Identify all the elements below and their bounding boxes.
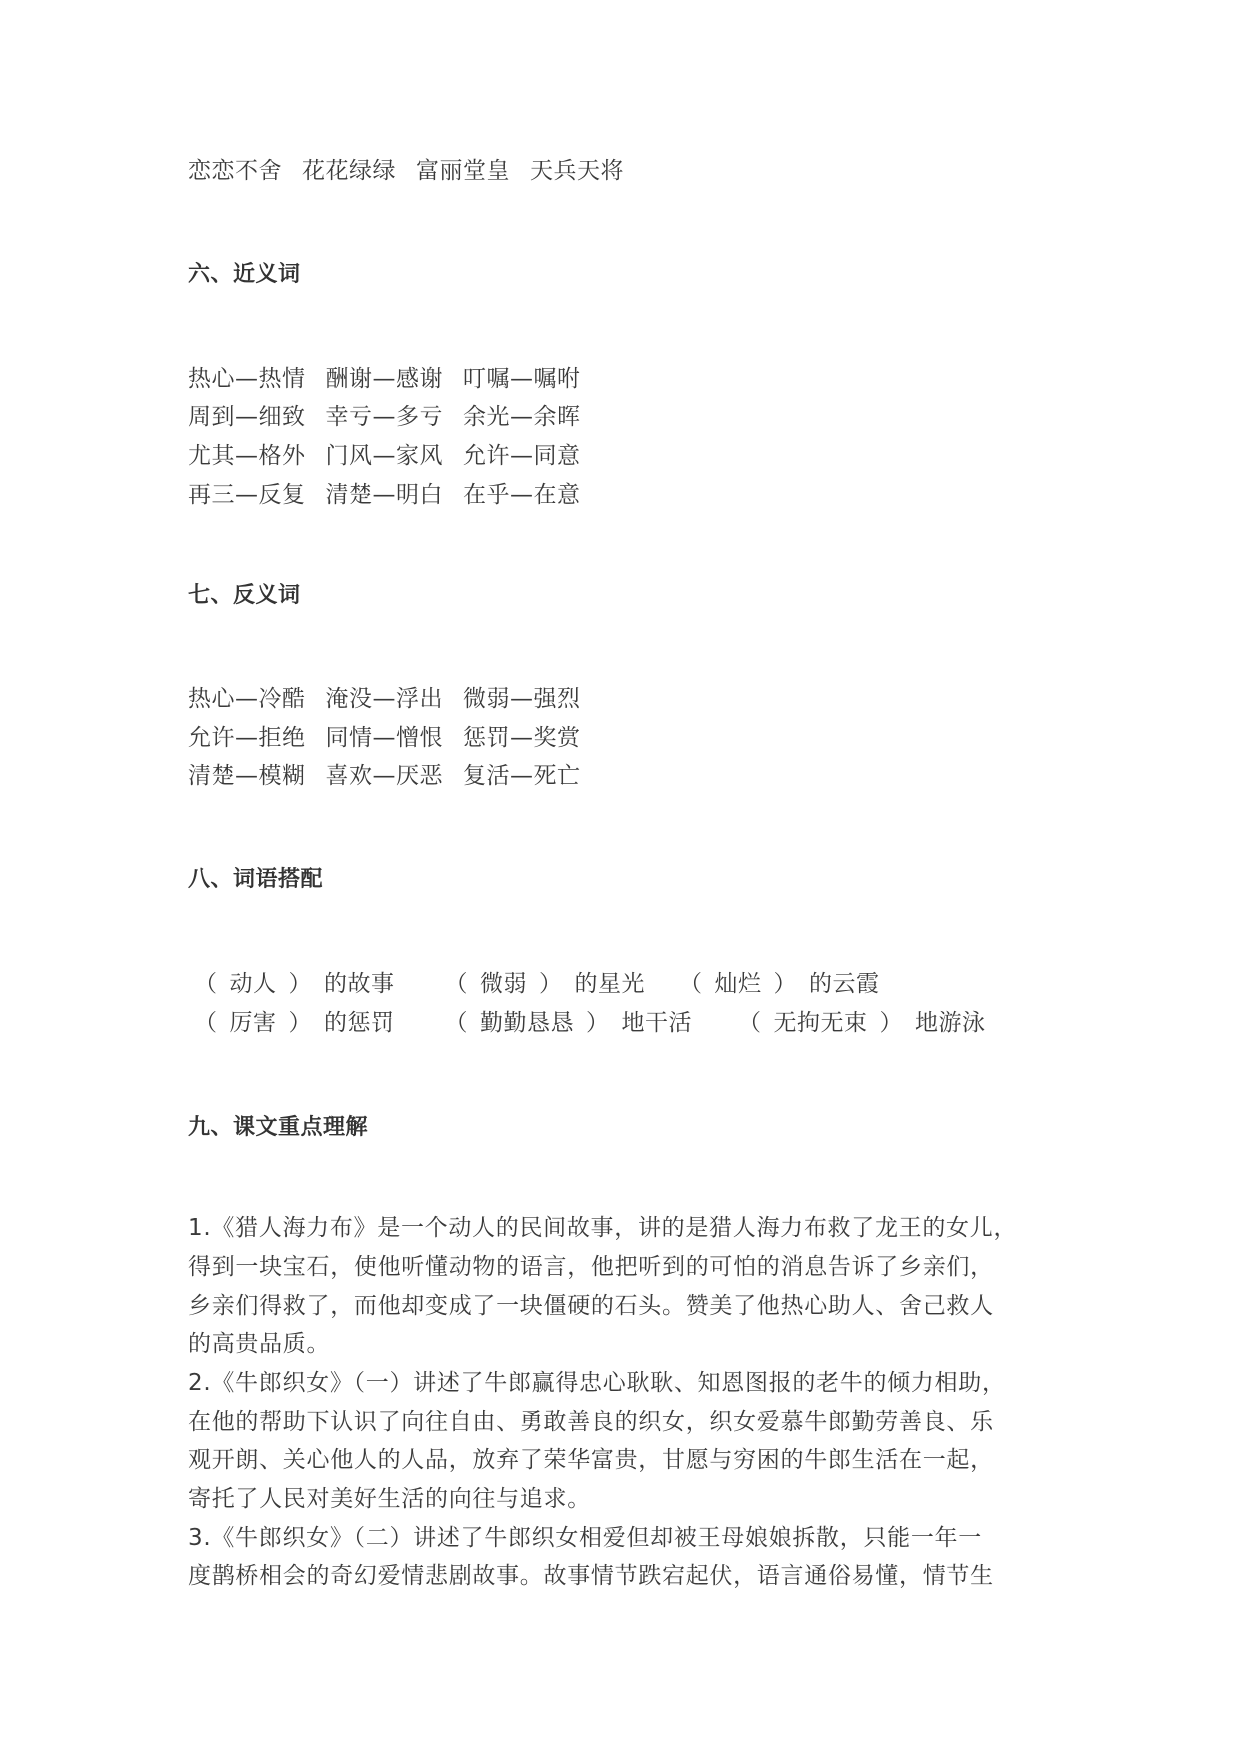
collocation-row: （厉害）的惩罚（勤勤恳恳）地干活（无拘无束）地游泳 [188, 1008, 986, 1038]
word-pair: 尤其—格外 [188, 441, 306, 471]
collocation-answer: 勤勤恳恳 [480, 1008, 574, 1038]
word-pair: 再三—反复 [188, 480, 306, 510]
word-pair: 热心—冷酷 [188, 684, 306, 714]
synonym-row: 热心—热情酬谢—感谢叮嘱—嘱咐 [188, 364, 581, 394]
synonym-row: 周到—细致幸亏—多亏余光—余晖 [188, 402, 581, 432]
idioms-line: 恋恋不舍花花绿绿富丽堂皇天兵天将 [188, 156, 624, 186]
idiom: 富丽堂皇 [416, 156, 510, 186]
open-paren: （ [445, 969, 469, 999]
word-pair: 清楚—模糊 [188, 761, 306, 791]
word-pair: 叮嘱—嘱咐 [463, 364, 581, 394]
collocation-item: （无拘无束）地游泳 [726, 1008, 986, 1038]
paragraph-line: 在他的帮助下认识了向往自由、勇敢善良的织女，织女爱慕牛郎勤劳善良、乐 [188, 1407, 994, 1437]
open-paren: （ [679, 969, 703, 999]
collocation-item: （微弱）的星光 [433, 969, 668, 999]
collocation-noun: 的云霞 [809, 969, 880, 999]
word-pair: 同情—憎恨 [326, 723, 444, 753]
collocation-answer: 无拘无束 [774, 1008, 868, 1038]
word-pair: 允许—拒绝 [188, 723, 306, 753]
collocation-item: （勤勤恳恳）地干活 [433, 1008, 727, 1038]
word-pair: 热心—热情 [188, 364, 306, 394]
word-pair: 微弱—强烈 [463, 684, 581, 714]
idiom: 恋恋不舍 [188, 156, 282, 186]
collocation-row: （动人）的故事（微弱）的星光（灿烂）的云霞 [188, 969, 880, 999]
word-pair: 复活—死亡 [463, 761, 581, 791]
idiom: 花花绿绿 [302, 156, 396, 186]
open-paren: （ [194, 969, 218, 999]
word-pair: 允许—同意 [463, 441, 581, 471]
word-pair: 周到—细致 [188, 402, 306, 432]
paragraph-line: 观开朗、关心他人的人品，放弃了荣华富贵，甘愿与穷困的牛郎生活在一起， [188, 1445, 994, 1475]
collocation-noun: 的惩罚 [324, 1008, 395, 1038]
word-pair: 幸亏—多亏 [326, 402, 444, 432]
paragraph-line: 的高贵品质。 [188, 1329, 330, 1359]
collocation-item: （动人）的故事 [188, 969, 433, 999]
collocation-item: （厉害）的惩罚 [188, 1008, 433, 1038]
paragraph-line: 1.《猎人海力布》是一个动人的民间故事，讲的是猎人海力布救了龙王的女儿， [188, 1213, 1017, 1243]
collocation-noun: 的星光 [575, 969, 646, 999]
close-paren: ） [774, 969, 798, 999]
collocation-answer: 灿烂 [715, 969, 762, 999]
collocation-answer: 微弱 [480, 969, 527, 999]
paragraph-line: 2.《牛郎织女》（一）讲述了牛郎赢得忠心耿耿、知恩图报的老牛的倾力相助， [188, 1368, 1006, 1398]
antonym-row: 热心—冷酷淹没—浮出微弱—强烈 [188, 684, 581, 714]
close-paren: ） [880, 1008, 904, 1038]
word-pair: 喜欢—厌恶 [326, 761, 444, 791]
paragraph-line: 度鹊桥相会的奇幻爱情悲剧故事。故事情节跌宕起伏，语言通俗易懂，情节生 [188, 1561, 994, 1591]
word-pair: 惩罚—奖赏 [463, 723, 581, 753]
document-page: 恋恋不舍花花绿绿富丽堂皇天兵天将 六、近义词 热心—热情酬谢—感谢叮嘱—嘱咐 周… [0, 0, 1241, 1754]
open-paren: （ [738, 1008, 762, 1038]
collocation-noun: 地干活 [622, 1008, 693, 1038]
collocation-noun: 的故事 [324, 969, 395, 999]
close-paren: ） [586, 1008, 610, 1038]
word-pair: 余光—余晖 [463, 402, 581, 432]
antonym-row: 允许—拒绝同情—憎恨惩罚—奖赏 [188, 723, 581, 753]
idiom: 天兵天将 [530, 156, 624, 186]
synonym-row: 再三—反复清楚—明白在乎—在意 [188, 480, 581, 510]
paragraph-line: 得到一块宝石，使他听懂动物的语言，他把听到的可怕的消息告诉了乡亲们， [188, 1252, 994, 1282]
collocation-noun: 地游泳 [915, 1008, 986, 1038]
antonym-row: 清楚—模糊喜欢—厌恶复活—死亡 [188, 761, 581, 791]
close-paren: ） [539, 969, 563, 999]
close-paren: ） [289, 1008, 313, 1038]
close-paren: ） [289, 969, 313, 999]
word-pair: 清楚—明白 [326, 480, 444, 510]
collocation-answer: 厉害 [230, 1008, 277, 1038]
section-heading-antonyms: 七、反义词 [188, 581, 301, 611]
synonym-row: 尤其—格外门风—家风允许—同意 [188, 441, 581, 471]
word-pair: 酬谢—感谢 [326, 364, 444, 394]
word-pair: 淹没—浮出 [326, 684, 444, 714]
word-pair: 在乎—在意 [463, 480, 581, 510]
open-paren: （ [194, 1008, 218, 1038]
open-paren: （ [445, 1008, 469, 1038]
paragraph-line: 3.《牛郎织女》（二）讲述了牛郎织女相爱但却被王母娘娘拆散，只能一年一 [188, 1523, 982, 1553]
paragraph-line: 乡亲们得救了，而他却变成了一块僵硬的石头。赞美了他热心助人、舍己救人 [188, 1291, 994, 1321]
word-pair: 门风—家风 [326, 441, 444, 471]
collocation-item: （灿烂）的云霞 [667, 969, 880, 999]
section-heading-key-points: 九、课文重点理解 [188, 1113, 368, 1143]
collocation-answer: 动人 [230, 969, 277, 999]
section-heading-synonyms: 六、近义词 [188, 260, 301, 290]
paragraph-line: 寄托了人民对美好生活的向往与追求。 [188, 1484, 591, 1514]
section-heading-collocations: 八、词语搭配 [188, 865, 323, 895]
